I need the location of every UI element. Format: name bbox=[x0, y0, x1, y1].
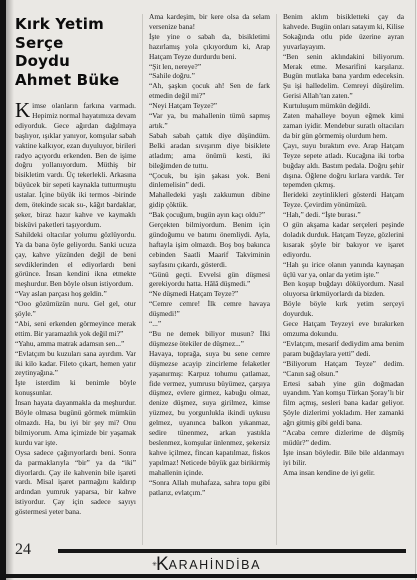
paragraph: İşte yine o sabah da, bisikletimi hazırl… bbox=[149, 32, 270, 62]
paragraph: “Ah, şaşkın çocuk ah! Sen de fark etmedi… bbox=[149, 81, 270, 101]
paragraph: Oysa sadece çağırıyorlardı beni. Sonra d… bbox=[15, 448, 136, 517]
paragraph: Böyle böyle kırk yetim serçeyi doyurduk. bbox=[283, 299, 404, 319]
paragraph: Zaten mahalleye boyun eğmek kimi zaman i… bbox=[283, 111, 404, 141]
paragraph: İşte isterdim ki benimle böyle konuşsunl… bbox=[15, 378, 136, 398]
column-divider bbox=[276, 14, 277, 545]
page-bottom-edge bbox=[6, 574, 417, 578]
paragraph: “Hah şu irice olanın yanında kaynaşan üç… bbox=[283, 260, 404, 280]
paragraph: Gece Hatçam Teyzeyi eve bırakırken omzum… bbox=[283, 319, 404, 339]
paragraph: “Cemre cemre! İlk cemre havaya düşmedi!” bbox=[149, 299, 270, 319]
paragraph: “Yahu, amma matrak adamsın sen...” bbox=[15, 339, 136, 349]
paragraph: “Vay aslan parçası hoş geldin.” bbox=[15, 289, 136, 299]
paragraph: Sahildeki oltacılar yolumu gözlüyordu. Y… bbox=[15, 230, 136, 289]
paragraph: Ama kardeşim, bir kere olsa da selam ver… bbox=[149, 12, 270, 32]
paragraph: İlerideki zeytinlikleri gösterdi Hatçam … bbox=[283, 190, 404, 210]
paragraph: “Evlatçım bu kuzuları sana ayırdım. Var … bbox=[15, 349, 136, 379]
paragraph: “Evlatçım, mesarif dediydim ama benim pa… bbox=[283, 339, 404, 359]
paragraph: “Ne düşmedi Hatçam Teyze?” bbox=[149, 289, 270, 299]
logo-wordmark: ARAHİNDİBA bbox=[169, 558, 261, 572]
paragraph: “Hah,” dedi. “İşte burası.” bbox=[283, 210, 404, 220]
paragraph: “Abi, seni erkenden görmeyince merak ett… bbox=[15, 319, 136, 339]
title-line-2: Doydu bbox=[15, 52, 136, 71]
paragraph: “Bak çocuğum, bugün ayın kaçı oldu?” bbox=[149, 210, 270, 220]
paragraph: Sabah sabah çattık diye düşündüm. Belki … bbox=[149, 131, 270, 171]
paragraph: Çayı, suyu bıraktım eve. Arap Hatçam Tey… bbox=[283, 141, 404, 191]
footer-rule bbox=[58, 549, 406, 553]
paragraph: Benim aklım bisikletteki çay da kahvede.… bbox=[283, 12, 404, 52]
article-body: Kırk Yetim Serçe Doydu Ahmet Büke Kimse … bbox=[15, 12, 404, 545]
paragraph: Mahalledeki yaşlı zakkumun dibine gidip … bbox=[149, 190, 270, 210]
column-divider bbox=[142, 14, 143, 545]
text-column-2: Ama kardeşim, bir kere olsa da selam ver… bbox=[149, 12, 270, 545]
column-1-paragraphs: Kimse olanların farkına varmadı. Hepimiz… bbox=[15, 101, 136, 517]
article-title: Kırk Yetim Serçe Doydu Ahmet Büke bbox=[15, 15, 136, 89]
paragraph: İnsan hayata dayanmakla da meşhurdur. Bö… bbox=[15, 398, 136, 448]
dandelion-flourish-icon: ✳ bbox=[152, 556, 157, 575]
paragraph: “Sonra Allah muhafaza, sahra topu gibi p… bbox=[149, 478, 270, 498]
paragraph: “...” bbox=[149, 319, 270, 329]
paragraph: “Neyi Hatçam Teyze?” bbox=[149, 101, 270, 111]
paragraph: O gün akşama kadar serçeleri peşinde dol… bbox=[283, 220, 404, 260]
paragraph: Ben koşup buğdayı döküyordum. Nasıl oluy… bbox=[283, 279, 404, 299]
paragraph: İşte insan böyledir. Bile bile aldanmayı… bbox=[283, 448, 404, 468]
paragraph: “Sahile doğru.” bbox=[149, 71, 270, 81]
paragraph: “Var ya, bu mahallenin tümü sapmış artık… bbox=[149, 111, 270, 131]
paragraph: “Biliyorum Hatçam Teyze” dedim. “Canın s… bbox=[283, 359, 404, 379]
paragraph: Ama insan kendine de iyi gelir. bbox=[283, 468, 404, 478]
paragraph: “Çocuk, bu işin şakası yok. Beni dinleme… bbox=[149, 171, 270, 191]
paragraph: Kurtuluşum mümkün değildi. bbox=[283, 101, 404, 111]
paragraph: Havaya, toprağa, suya bu sene cemre düşm… bbox=[149, 349, 270, 478]
paragraph: Ertesi sabah yine gün doğmadan uyandım. … bbox=[283, 379, 404, 429]
binding-shadow bbox=[6, 0, 14, 580]
paragraph: “Ben senin aklındakini biliyorum. Merak … bbox=[283, 52, 404, 102]
paragraph: “Acaba cemre dizlerime de düşmüş müdür?”… bbox=[283, 428, 404, 448]
column-3-paragraphs: Benim aklım bisikletteki çay da kahvede.… bbox=[283, 12, 404, 478]
column-2-paragraphs: Ama kardeşim, bir kere olsa da selam ver… bbox=[149, 12, 270, 497]
paragraph: Gerçekten bilmiyordum. Benim için gündoğ… bbox=[149, 220, 270, 270]
logo-letter-k: ✳K bbox=[156, 554, 169, 575]
text-column-3: Benim aklım bisikletteki çay da kahvede.… bbox=[283, 12, 404, 545]
paragraph: “Bu ne demek biliyor musun? İlki düşmezs… bbox=[149, 329, 270, 349]
text-column-1: Kırk Yetim Serçe Doydu Ahmet Büke Kimse … bbox=[15, 12, 136, 545]
author-name: Ahmet Büke bbox=[15, 71, 136, 90]
paragraph: “Günü geçti. Evvelsi gün düşmesi gerekiy… bbox=[149, 270, 270, 290]
drop-cap: K bbox=[15, 101, 32, 119]
scanned-book-page: Kırk Yetim Serçe Doydu Ahmet Büke Kimse … bbox=[0, 0, 417, 580]
title-line-1: Kırk Yetim Serçe bbox=[15, 15, 136, 52]
paragraph: Kimse olanların farkına varmadı. Hepimiz… bbox=[15, 101, 136, 230]
paragraph: “Şit len, nereye?” bbox=[149, 62, 270, 72]
publisher-logo: ✳KARAHİNDİBA bbox=[0, 555, 417, 575]
paragraph: “Ooo gözümüzün nuru. Gel gel, otur şöyle… bbox=[15, 299, 136, 319]
page-right-edge bbox=[415, 0, 416, 580]
